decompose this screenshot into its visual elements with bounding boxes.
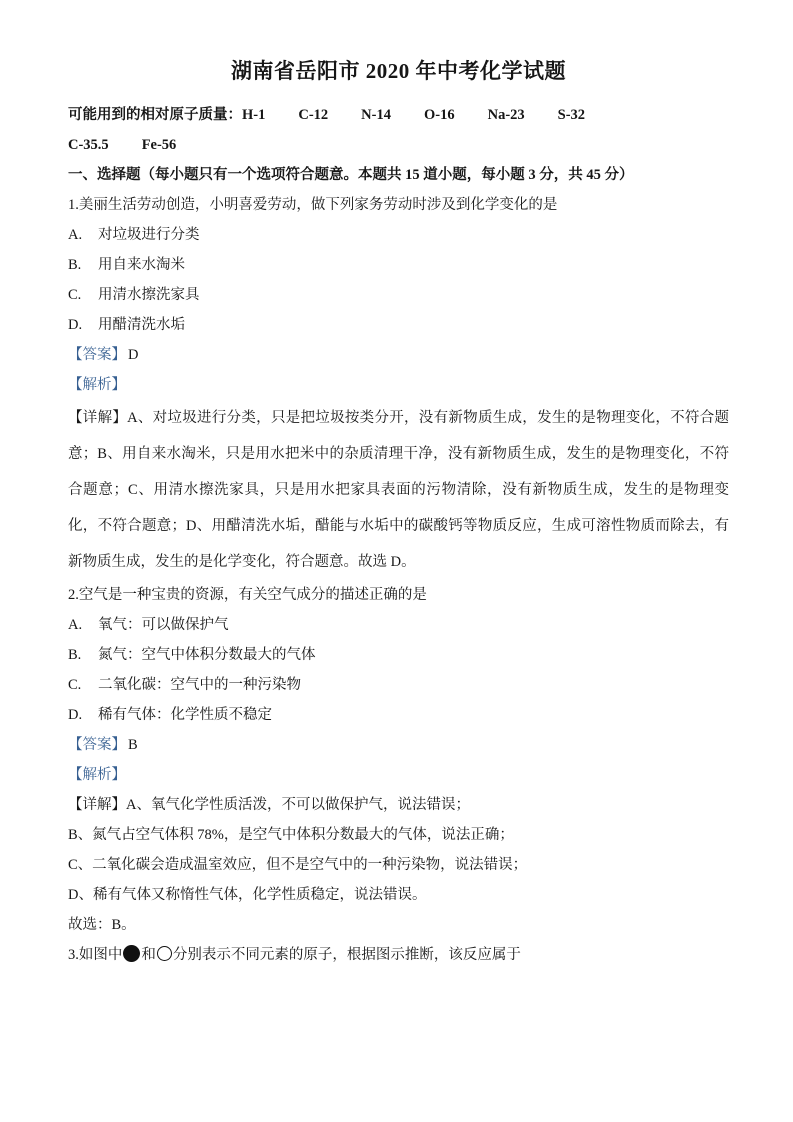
question-2-answer-line: 【答案】B <box>68 730 729 760</box>
question-2-analysis-line: 【解析】 <box>68 760 729 790</box>
question-2-option-d: D.稀有气体：化学性质不稳定 <box>68 700 729 730</box>
question-2-option-a: A.氧气：可以做保护气 <box>68 610 729 640</box>
question-2-explanation-conclusion: 故选：B。 <box>68 910 729 940</box>
option-label: D. <box>68 310 98 340</box>
question-1-option-b: B.用自来水淘米 <box>68 250 729 280</box>
option-text: 用清水擦洗家具 <box>98 287 200 303</box>
document-title: 湖南省岳阳市 2020 年中考化学试题 <box>68 56 729 86</box>
exam-document-page: 湖南省岳阳市 2020 年中考化学试题 可能用到的相对原子质量：H-1C-12N… <box>0 0 793 1122</box>
option-label: B. <box>68 250 98 280</box>
option-label: A. <box>68 220 98 250</box>
question-3-stem-suffix: 分别表示不同元素的原子，根据图示推断，该反应属于 <box>173 947 521 963</box>
section-heading: 一、选择题（每小题只有一个选项符合题意。本题共 15 道小题，每小题 3 分，共… <box>68 160 729 190</box>
atomic-mass-h: H-1 <box>242 107 265 123</box>
atomic-masses-row-2: C-35.5Fe-56 <box>68 130 729 160</box>
option-text: 氮气：空气中体积分数最大的气体 <box>98 647 316 663</box>
analysis-label: 【解析】 <box>68 377 126 393</box>
answer-label: 【答案】 <box>68 347 126 363</box>
option-label: B. <box>68 640 98 670</box>
atomic-masses-row-1: 可能用到的相对原子质量：H-1C-12N-14O-16Na-23S-32 <box>68 100 729 130</box>
question-3-stem: 3.如图中和分别表示不同元素的原子，根据图示推断，该反应属于 <box>68 940 729 970</box>
question-2-option-c: C.二氧化碳：空气中的一种污染物 <box>68 670 729 700</box>
option-label: C. <box>68 670 98 700</box>
atomic-mass-n: N-14 <box>361 107 391 123</box>
question-3-stem-mid: 和 <box>141 947 156 963</box>
option-text: 稀有气体：化学性质不稳定 <box>98 707 272 723</box>
question-2-explanation-line-b: B、氮气占空气体积 78%，是空气中体积分数最大的气体，说法正确； <box>68 820 729 850</box>
question-3-stem-prefix: 3.如图中 <box>68 947 122 963</box>
filled-atom-icon <box>123 945 140 962</box>
open-atom-icon <box>157 946 172 961</box>
question-1-option-a: A.对垃圾进行分类 <box>68 220 729 250</box>
question-1-analysis-line: 【解析】 <box>68 370 729 400</box>
question-2-option-b: B.氮气：空气中体积分数最大的气体 <box>68 640 729 670</box>
analysis-label: 【解析】 <box>68 767 126 783</box>
question-1-option-d: D.用醋清洗水垢 <box>68 310 729 340</box>
atomic-masses-label: 可能用到的相对原子质量： <box>68 107 242 123</box>
question-1-answer-line: 【答案】D <box>68 340 729 370</box>
option-text: 对垃圾进行分类 <box>98 227 200 243</box>
option-text: 用自来水淘米 <box>98 257 185 273</box>
atomic-mass-na: Na-23 <box>488 107 525 123</box>
atomic-mass-s: S-32 <box>558 107 585 123</box>
option-text: 氧气：可以做保护气 <box>98 617 229 633</box>
option-text: 二氧化碳：空气中的一种污染物 <box>98 677 301 693</box>
atomic-mass-cl: C-35.5 <box>68 137 109 153</box>
question-1-answer-value: D <box>128 347 138 363</box>
question-1-stem: 1.美丽生活劳动创造，小明喜爱劳动，做下列家务劳动时涉及到化学变化的是 <box>68 190 729 220</box>
question-2-explanation-line-c: C、二氧化碳会造成温室效应，但不是空气中的一种污染物，说法错误； <box>68 850 729 880</box>
option-label: C. <box>68 280 98 310</box>
answer-label: 【答案】 <box>68 737 126 753</box>
atomic-mass-o: O-16 <box>424 107 455 123</box>
question-2-explanation-line-d: D、稀有气体又称惰性气体，化学性质稳定，说法错误。 <box>68 880 729 910</box>
question-2-explanation-line-a: 【详解】A、氧气化学性质活泼，不可以做保护气，说法错误； <box>68 790 729 820</box>
question-2-answer-value: B <box>128 737 138 753</box>
atomic-mass-c: C-12 <box>298 107 328 123</box>
atomic-mass-fe: Fe-56 <box>142 137 177 153</box>
question-1-explanation: 【详解】A、对垃圾进行分类，只是把垃圾按类分开，没有新物质生成，发生的是物理变化… <box>68 400 729 580</box>
question-2-stem: 2.空气是一种宝贵的资源，有关空气成分的描述正确的是 <box>68 580 729 610</box>
option-label: A. <box>68 610 98 640</box>
option-text: 用醋清洗水垢 <box>98 317 185 333</box>
question-1-option-c: C.用清水擦洗家具 <box>68 280 729 310</box>
option-label: D. <box>68 700 98 730</box>
